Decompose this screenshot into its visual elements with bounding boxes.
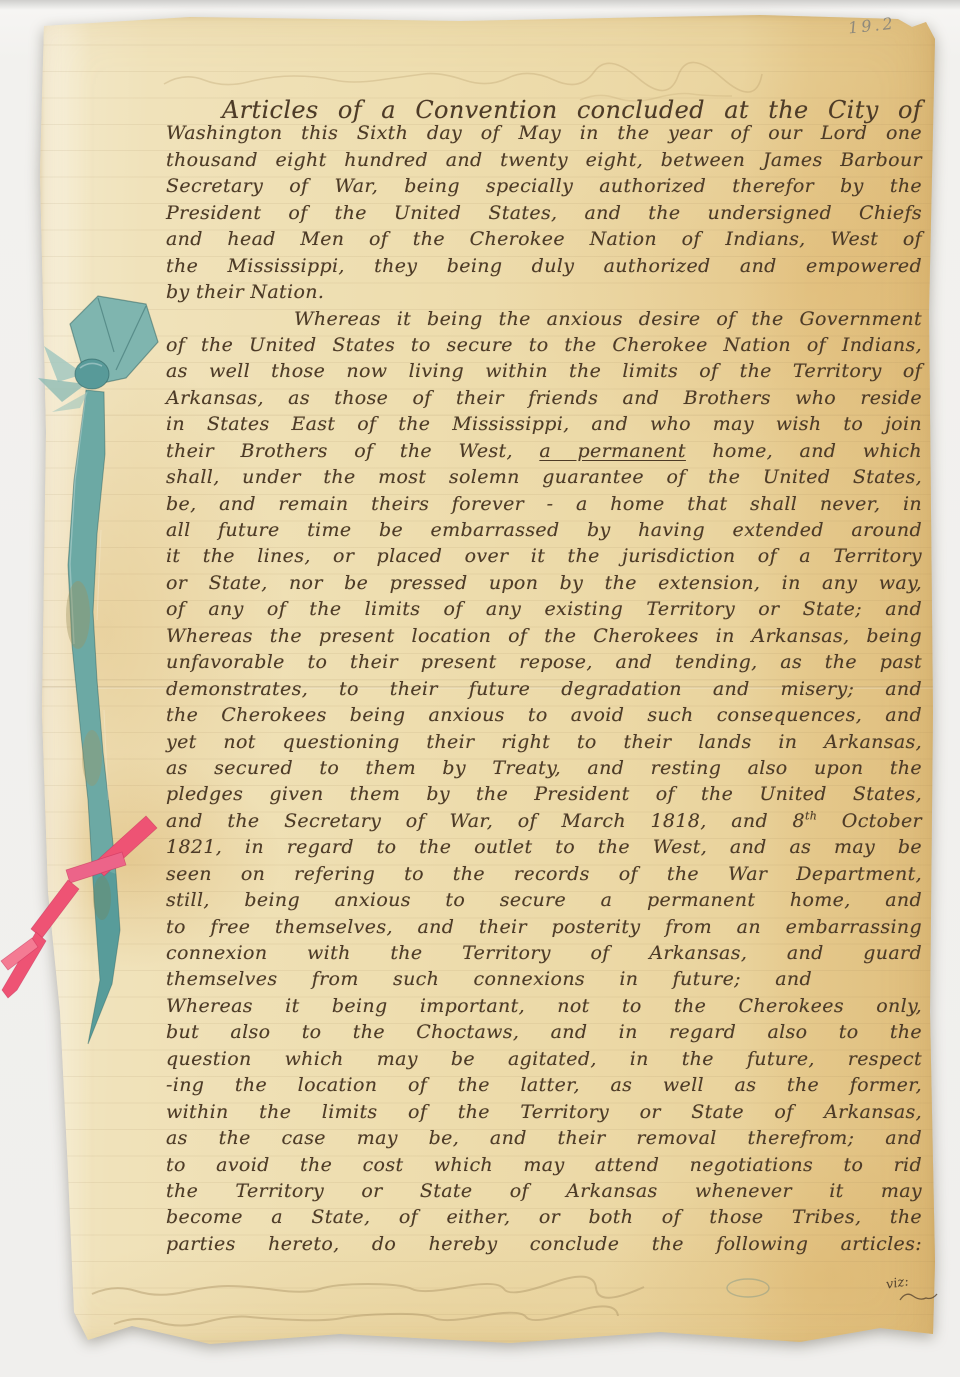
manuscript-line: as well those now living within the limi… xyxy=(166,360,922,386)
manuscript-line: Arkansas, as those of their friends and … xyxy=(166,387,922,413)
manuscript-line: Whereas it being important, not to the C… xyxy=(166,995,922,1021)
bleed-through-text-bottom xyxy=(80,1276,870,1352)
manuscript-line: shall, under the most solemn guarantee o… xyxy=(166,466,922,492)
manuscript-line: pledges given them by the President of t… xyxy=(166,783,922,809)
manuscript-line: within the limits of the Territory or St… xyxy=(166,1101,922,1127)
manuscript-line: thousand eight hundred and twenty eight,… xyxy=(166,149,922,175)
manuscript-line: be, and remain theirs forever - a home t… xyxy=(166,493,922,519)
manuscript-line: Whereas it being the anxious desire of t… xyxy=(166,308,922,334)
ink-flourish xyxy=(896,1286,942,1308)
manuscript-line: but also to the Choctaws, and in regard … xyxy=(166,1021,922,1047)
manuscript-line: Washington this Sixth day of May in the … xyxy=(166,122,922,148)
manuscript-line: Secretary of War, being specially author… xyxy=(166,175,922,201)
manuscript-line: of any of the limits of any existing Ter… xyxy=(166,598,922,624)
manuscript-line: still, being anxious to secure a permane… xyxy=(166,889,922,915)
manuscript-line: in States East of the Mississippi, and w… xyxy=(166,413,922,439)
manuscript-line: demonstrates, to their future degradatio… xyxy=(166,678,922,704)
manuscript-line: and head Men of the Cherokee Nation of I… xyxy=(166,228,922,254)
manuscript-line: or State, nor be pressed upon by the ext… xyxy=(166,572,922,598)
manuscript-line: the Cherokees being anxious to avoid suc… xyxy=(166,704,922,730)
manuscript-line: become a State, of either, or both of th… xyxy=(166,1206,922,1232)
manuscript-line: President of the United States, and the … xyxy=(166,202,922,228)
manuscript-line: the Mississippi, they being duly authori… xyxy=(166,255,922,281)
manuscript-line: to avoid the cost which may attend negot… xyxy=(166,1154,922,1180)
manuscript-line: Articles of a Convention concluded at th… xyxy=(166,96,922,122)
manuscript-line: yet not questioning their right to their… xyxy=(166,731,922,757)
manuscript-line: and the Secretary of War, of March 1818,… xyxy=(166,810,922,836)
manuscript-text: Articles of a Convention concluded at th… xyxy=(166,96,922,1259)
blue-ribbon xyxy=(38,296,158,1044)
manuscript-line: as the case may be, and their removal th… xyxy=(166,1127,922,1153)
manuscript-line: Whereas the present location of the Cher… xyxy=(166,625,922,651)
manuscript-line: by their Nation. xyxy=(166,281,922,307)
manuscript-line: -ing the location of the latter, as well… xyxy=(166,1074,922,1100)
manuscript-line: all future time be embarrassed by having… xyxy=(166,519,922,545)
manuscript-line: to free themselves, and their posterity … xyxy=(166,916,922,942)
manuscript-line: their Brothers of the West, a permanent … xyxy=(166,440,922,466)
manuscript-line: connexion with the Territory of Arkansas… xyxy=(166,942,922,968)
manuscript-line: unfavorable to their present repose, and… xyxy=(166,651,922,677)
pink-ribbon xyxy=(1,816,157,998)
manuscript-line: as secured to them by Treaty, and restin… xyxy=(166,757,922,783)
manuscript-line: seen on refering to the records of the W… xyxy=(166,863,922,889)
manuscript-line: it the lines, or placed over it the juri… xyxy=(166,545,922,571)
manuscript-line: parties hereto, do hereby conclude the f… xyxy=(166,1233,922,1259)
manuscript-line: 1821, in regard to the outlet to the Wes… xyxy=(166,836,922,862)
manuscript-line: themselves from such connexions in futur… xyxy=(166,968,922,994)
manuscript-line: the Territory or State of Arkansas whene… xyxy=(166,1180,922,1206)
manuscript-line: question which may be agitated, in the f… xyxy=(166,1048,922,1074)
manuscript-line: of the United States to secure to the Ch… xyxy=(166,334,922,360)
